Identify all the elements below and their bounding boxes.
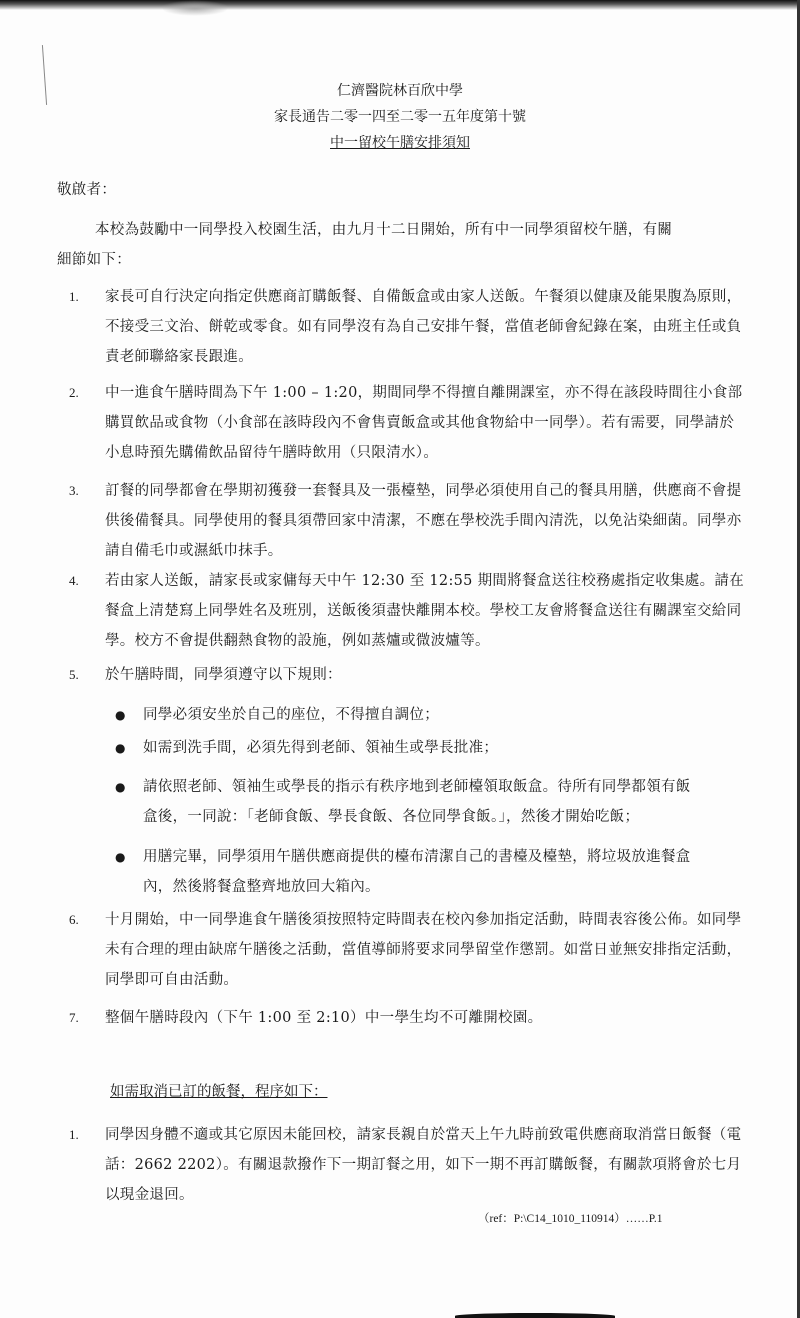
bullet-icon: ●	[115, 842, 125, 872]
notice-title: 中一留校午膳安排須知	[0, 132, 800, 154]
bullet-text: 用膳完畢，同學須用午膳供應商提供的檯布清潔自己的書檯及檯墊，將垃圾放進餐盒內，然…	[143, 842, 703, 902]
item-text: 同學因身體不適或其它原因未能回校，請家長親自於當天上午九時前致電供應商取消當日飯…	[105, 1120, 745, 1210]
item-number: 2.	[69, 378, 79, 408]
scanned-page: 仁濟醫院林百欣中學 家長通告二零一四至二零一五年度第十號 中一留校午膳安排須知 …	[0, 0, 800, 1318]
footer-reference: （ref：P:\C14_1010_110914）……P.1	[478, 1210, 663, 1226]
item-text: 家長可自行決定向指定供應商訂購飯餐、自備飯盒或由家人送飯。午餐須以健康及能果腹為…	[105, 282, 745, 372]
scan-smudge	[160, 0, 230, 16]
bullet-text: 同學必須安坐於自己的座位，不得擅自調位；	[143, 700, 703, 730]
item-text: 中一進食午膳時間為下午 1:00 – 1:20，期間同學不得擅自離開課室，亦不得…	[105, 378, 745, 468]
item-text: 於午膳時間，同學須遵守以下規則：	[105, 660, 745, 690]
item-number: 3.	[69, 476, 79, 506]
cancel-section-heading: 如需取消已訂的飯餐，程序如下：	[110, 1080, 328, 1101]
item-number: 1.	[69, 282, 79, 312]
item-text: 整個午膳時段內（下午 1:00 至 2:10）中一學生均不可離開校園。	[105, 1003, 745, 1033]
item-number: 1.	[69, 1120, 79, 1150]
salutation: 敬啟者：	[57, 175, 116, 205]
notice-number: 家長通告二零一四至二零一五年度第十號	[0, 106, 800, 128]
bullet-text: 請依照老師、領袖生或學長的指示有秩序地到老師檯領取飯盒。待所有同學都領有飯盒後，…	[143, 772, 703, 832]
school-name: 仁濟醫院林百欣中學	[0, 80, 800, 102]
intro-paragraph: 本校為鼓勵中一同學投入校園生活，由九月十二日開始，所有中一同學須留校午膳，有關細…	[57, 215, 677, 275]
bullet-text: 如需到洗手間，必須先得到老師、領袖生或學長批准；	[143, 733, 703, 763]
scan-edge-top	[0, 0, 800, 10]
item-text: 十月開始，中一同學進食午膳後須按照特定時間表在校內參加指定活動，時間表容後公佈。…	[105, 905, 745, 995]
item-number: 4.	[69, 566, 79, 596]
item-number: 5.	[69, 660, 79, 690]
scan-edge-bottom	[455, 1313, 615, 1318]
item-number: 7.	[69, 1003, 79, 1033]
item-number: 6.	[69, 905, 79, 935]
bullet-icon: ●	[115, 700, 125, 730]
item-text: 訂餐的同學都會在學期初獲發一套餐具及一張檯墊，同學必須使用自己的餐具用膳，供應商…	[105, 476, 745, 566]
item-text: 若由家人送飯，請家長或家傭每天中午 12:30 至 12:55 期間將餐盒送往校…	[105, 566, 745, 656]
bullet-icon: ●	[115, 772, 125, 802]
bullet-icon: ●	[115, 733, 125, 763]
